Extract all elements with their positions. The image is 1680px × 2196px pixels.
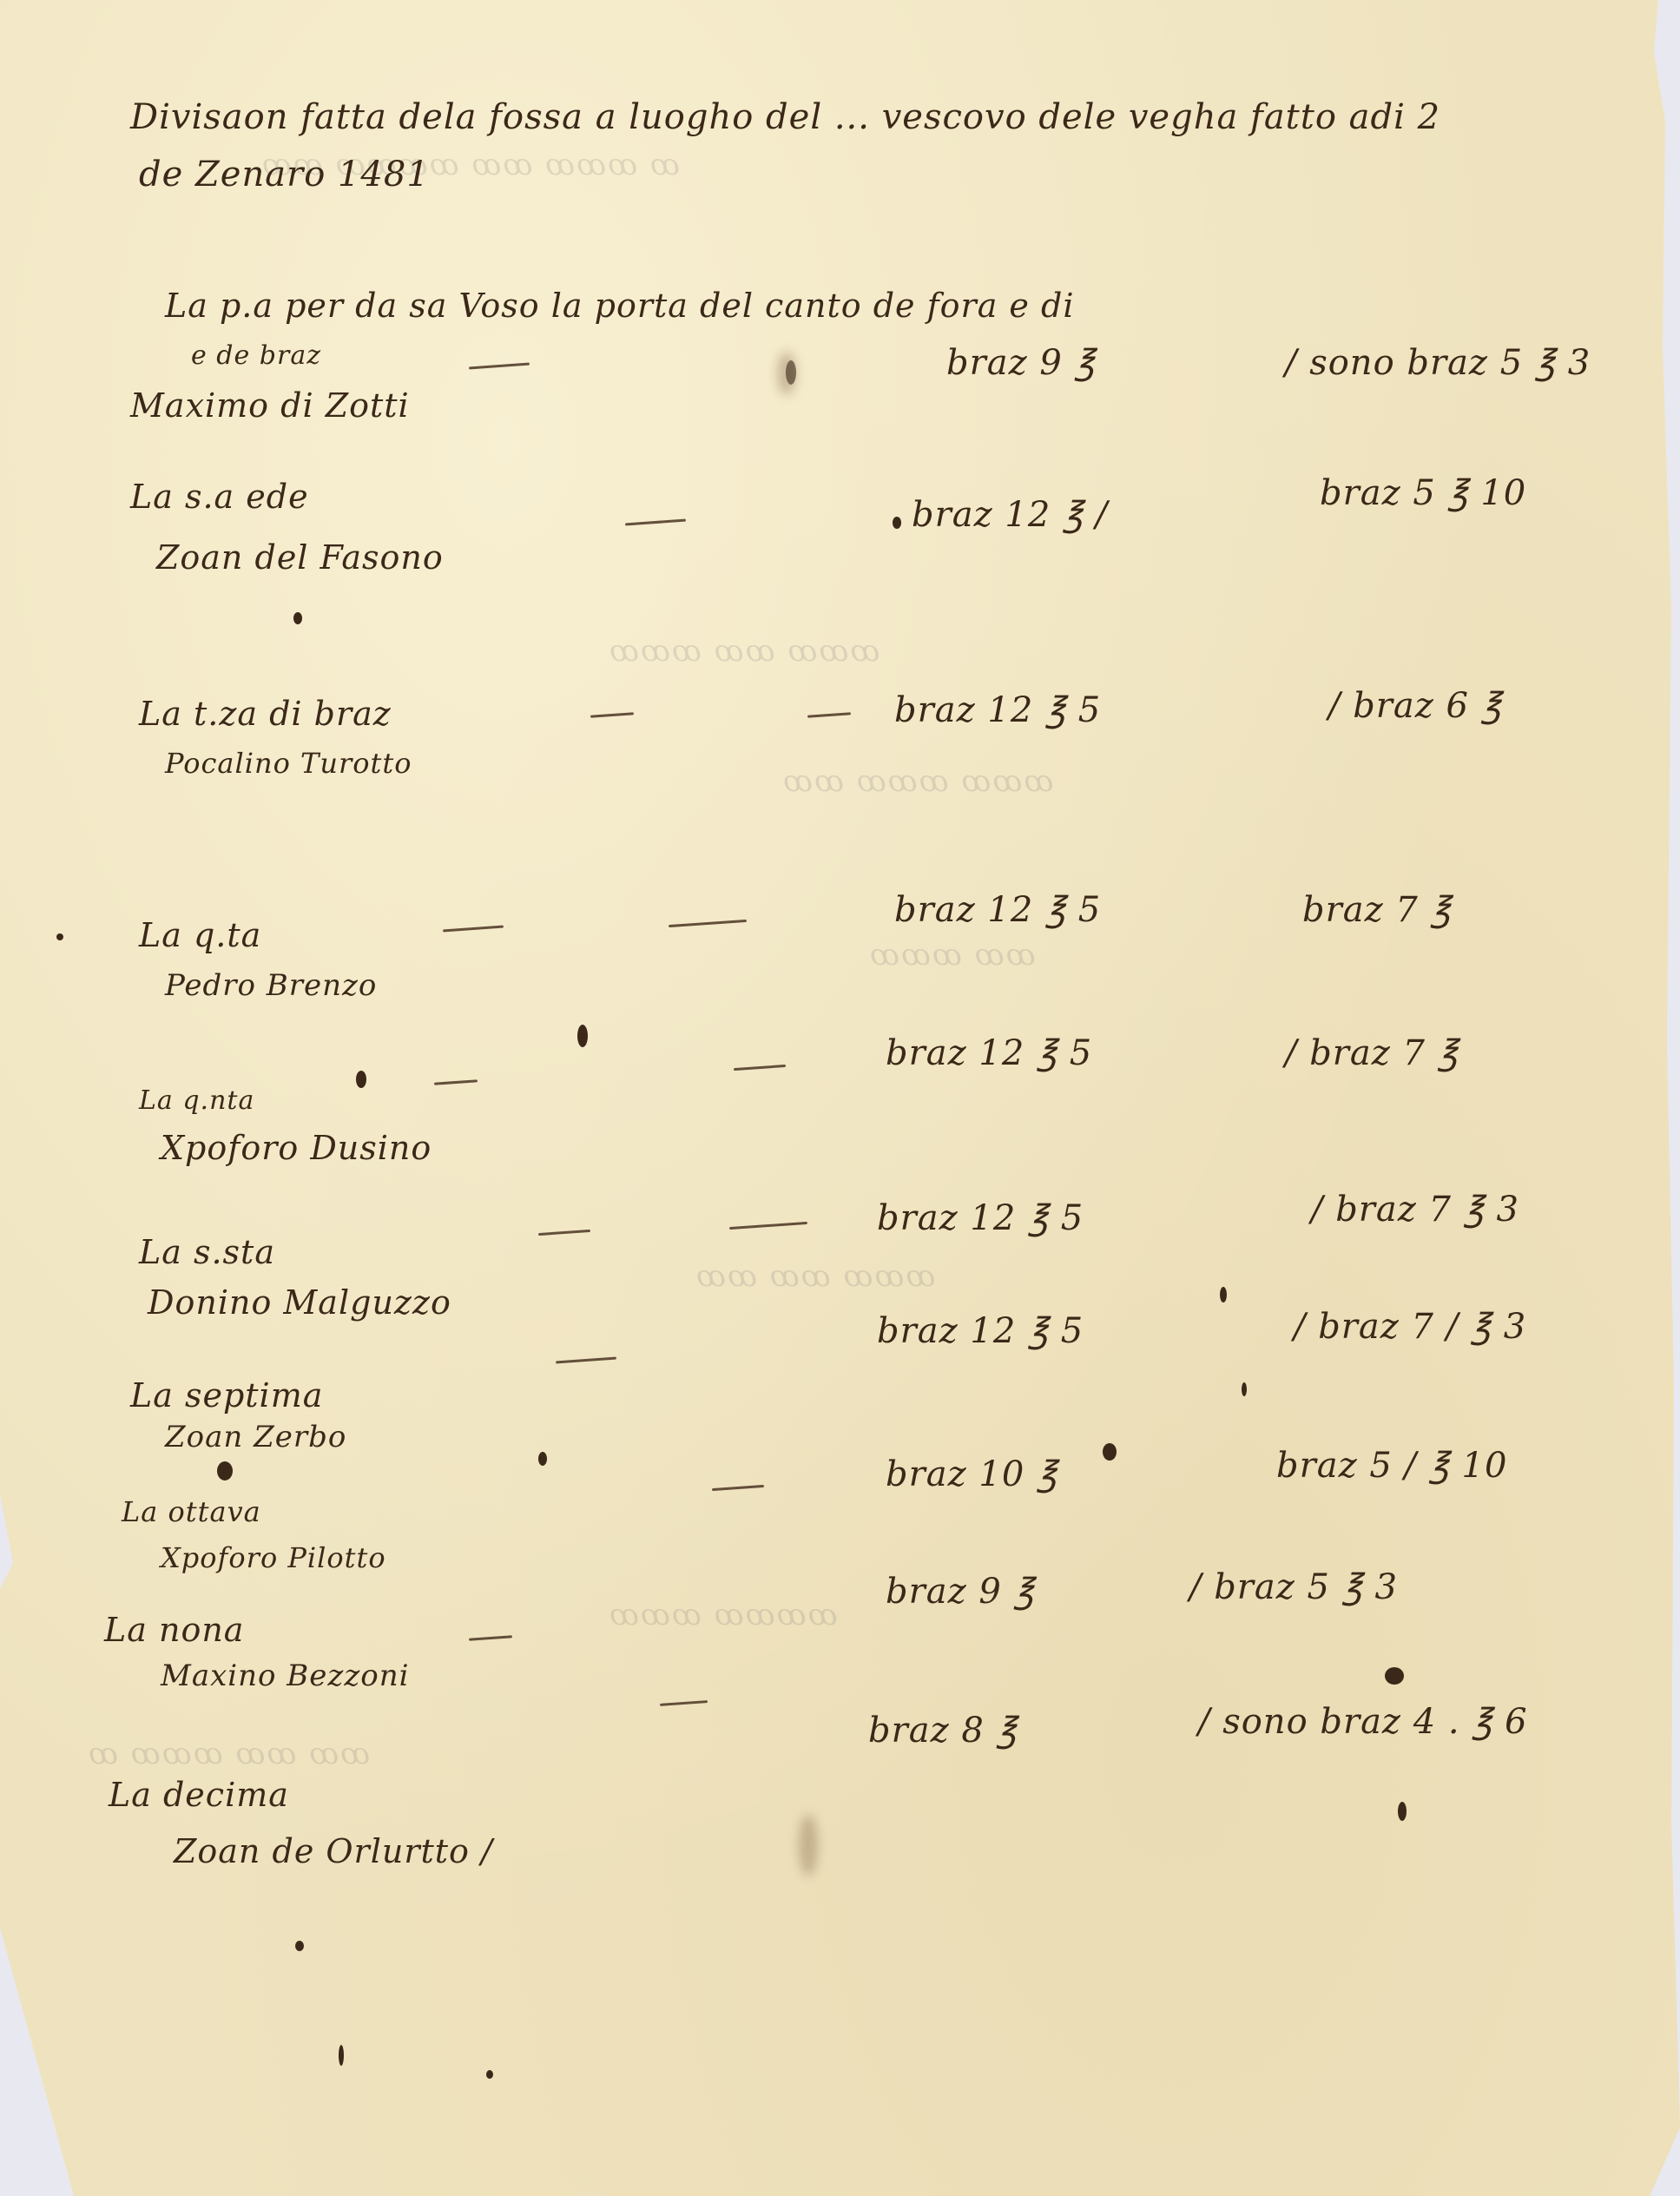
entry-4-amount-left: braz 12 ℥ 5 xyxy=(894,890,1101,930)
ink-blot xyxy=(893,517,901,529)
entry-10-label-line-2: Maxino Bezzoni xyxy=(161,1659,409,1693)
bleed-through-text: ꝏꝏꝏ ꝏꝏ ꝏꝏꝏ xyxy=(608,634,880,669)
entry-7-amount-left: braz 12 ℥ 5 xyxy=(877,1311,1084,1351)
ink-blot xyxy=(56,933,63,940)
entry-1-amount-right: / sono braz 5 ℥ 3 xyxy=(1285,343,1591,383)
entry-3-label-line-1: La t.za di braz xyxy=(139,695,392,733)
bleed-through-text: ꝏꝏꝏꝏ ꝏꝏꝏ xyxy=(608,1598,838,1632)
entry-1-label-line-3: Maximo di Zotti xyxy=(130,386,410,425)
entry-3-amount-left: braz 12 ℥ 5 xyxy=(894,690,1101,730)
ink-blot xyxy=(786,360,796,385)
entry-8-label-line-1: La septima xyxy=(130,1376,323,1415)
entry-1-amount-left: braz 9 ℥ xyxy=(946,343,1096,383)
entry-4-label-line-2: Pedro Brenzo xyxy=(165,968,377,1003)
bleed-through-text: ꝏꝏꝏ ꝏꝏ ꝏꝏ xyxy=(695,1259,935,1294)
bleed-through-text: ꝏꝏꝏ ꝏꝏꝏ ꝏꝏ xyxy=(781,764,1053,799)
ink-blot xyxy=(1242,1382,1247,1396)
entry-8-label-line-2: Zoan Zerbo xyxy=(165,1420,346,1454)
entry-6-label-line-1: La s.sta xyxy=(139,1233,275,1271)
entry-11-label-line-2: Zoan de Orlurtto / xyxy=(174,1832,493,1870)
entry-5-amount-left: braz 12 ℥ 5 xyxy=(886,1033,1092,1073)
ink-blot xyxy=(1220,1287,1227,1302)
ink-blot xyxy=(486,2070,493,2079)
entry-3-amount-right: / braz 6 ℥ xyxy=(1328,686,1502,726)
bleed-through-text: ꝏꝏ ꝏꝏꝏ xyxy=(868,938,1036,973)
entry-11-label-line-1: La decima xyxy=(109,1776,289,1814)
ink-blot xyxy=(339,2045,344,2066)
entry-10-amount-right: / sono braz 4 . ℥ 6 xyxy=(1198,1702,1528,1742)
entry-9-amount-left: braz 9 ℥ xyxy=(886,1572,1035,1612)
ink-blot xyxy=(577,1025,588,1047)
ink-stain xyxy=(799,1815,818,1876)
entry-10-label-line-1: La nona xyxy=(104,1611,244,1649)
entry-10-amount-left: braz 8 ℥ xyxy=(868,1711,1018,1751)
entry-9-label-line-2: Xpoforo Pilotto xyxy=(161,1541,386,1574)
ink-blot xyxy=(295,1941,304,1951)
ink-blot xyxy=(356,1071,366,1088)
entry-1-label-line-1: La p.a per da sa Voso la porta del canto… xyxy=(165,287,1074,325)
entry-9-label-line-1: La ottava xyxy=(122,1495,261,1528)
entry-5-amount-right: / braz 7 ℥ xyxy=(1285,1033,1459,1073)
entry-2-amount-left: braz 12 ℥ / xyxy=(912,495,1108,535)
entry-6-label-line-2: Donino Malguzzo xyxy=(148,1283,451,1322)
ink-blot xyxy=(217,1461,233,1480)
entry-4-amount-right: braz 7 ℥ xyxy=(1302,890,1452,930)
ink-blot xyxy=(1398,1802,1407,1821)
ink-blot xyxy=(1385,1667,1404,1685)
entry-5-label-line-2: Xpoforo Dusino xyxy=(161,1129,432,1167)
entry-6-amount-right: / braz 7 ℥ 3 xyxy=(1311,1190,1519,1230)
entry-9-amount-right: / braz 5 ℥ 3 xyxy=(1189,1567,1398,1607)
entry-2-label-line-2: Zoan del Fasono xyxy=(156,538,444,577)
document-heading-line-1: Divisaon fatta dela fossa a luogho del .… xyxy=(130,97,1440,137)
entry-2-amount-right: braz 5 ℥ 10 xyxy=(1320,473,1526,513)
entry-4-label-line-1: La q.ta xyxy=(139,916,261,954)
entry-8-amount-right: braz 5 / ℥ 10 xyxy=(1276,1446,1507,1486)
ink-blot xyxy=(293,612,302,624)
document-heading-line-2: de Zenaro 1481 xyxy=(139,155,430,195)
bleed-through-text: ꝏꝏ ꝏꝏ ꝏꝏꝏ ꝏ xyxy=(87,1737,370,1771)
entry-5-label-line-1: La q.nta xyxy=(139,1085,254,1116)
entry-7-amount-right: / braz 7 / ℥ 3 xyxy=(1294,1307,1526,1347)
entry-8-amount-left: braz 10 ℥ xyxy=(886,1454,1057,1494)
ink-blot xyxy=(538,1452,547,1466)
entry-1-label-line-2: e de braz xyxy=(191,340,321,371)
entry-3-label-line-2: Pocalino Turotto xyxy=(165,747,412,780)
entry-2-label-line-1: La s.a ede xyxy=(130,478,309,516)
entry-6-amount-left: braz 12 ℥ 5 xyxy=(877,1198,1084,1238)
ink-blot xyxy=(1103,1443,1117,1461)
